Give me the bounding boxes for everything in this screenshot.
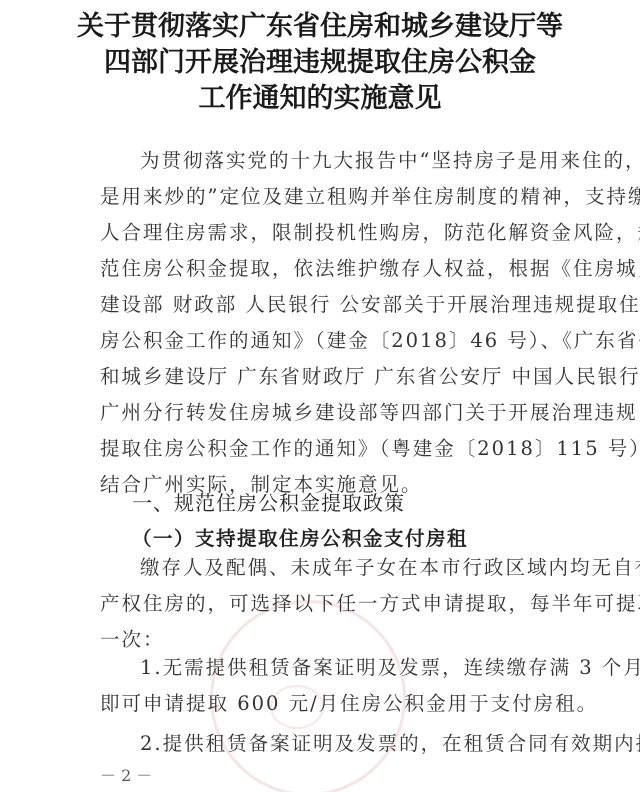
document-title-line-2: 四部门开展治理违规提取住房公积金 xyxy=(0,40,640,79)
body-line: 是用来炒的”定位及建立租购并举住房制度的精神，支持缴存 xyxy=(100,184,544,210)
list-item-2-line: 2.提供租赁备案证明及发票的，在租赁合同有效期内提 xyxy=(140,731,584,757)
body-line: 广州分行转发住房城乡建设部等四部门关于开展治理违规 xyxy=(100,400,544,426)
body-line: 缴存人及配偶、未成年子女在本市行政区域内均无自有 xyxy=(140,555,584,581)
body-line: 房公积金工作的通知》（建金〔2018〕46 号）、《广东省住房 xyxy=(100,328,544,354)
body-line: 范住房公积金提取，依法维护缴存人权益，根据《住房城乡 xyxy=(100,256,544,282)
subsection-heading: （一）支持提取住房公积金支付房租 xyxy=(132,523,468,551)
body-line: 产权住房的，可选择以下任一方式申请提取，每半年可提取 xyxy=(100,591,544,617)
body-line: 提取住房公积金工作的通知》（粤建金〔2018〕115 号）要求， xyxy=(100,436,544,462)
body-line: 建设部 财政部 人民银行 公安部关于开展治理违规提取住 xyxy=(100,292,544,318)
section-heading: 一、规范住房公积金提取政策 xyxy=(132,487,405,516)
body-line: 和城乡建设厅 广东省财政厅 广东省公安厅 中国人民银行 xyxy=(100,364,544,390)
document-title-line-1: 关于贯彻落实广东省住房和城乡建设厅等 xyxy=(0,4,640,43)
document-title-line-3: 工作通知的实施意见 xyxy=(0,76,640,115)
body-line: 人合理住房需求，限制投机性购房，防范化解资金风险，规 xyxy=(100,220,544,246)
page-number: － 2 － xyxy=(100,763,152,786)
body-line: 为贯彻落实党的十九大报告中“坚持房子是用来住的，不 xyxy=(140,148,584,174)
body-line: 一次： xyxy=(100,627,544,653)
list-item-1-line: 即可申请提取 600 元/月住房公积金用于支付房租。 xyxy=(100,691,544,717)
list-item-1-line: 1.无需提供租赁备案证明及发票，连续缴存满 3 个月后 xyxy=(140,655,584,681)
